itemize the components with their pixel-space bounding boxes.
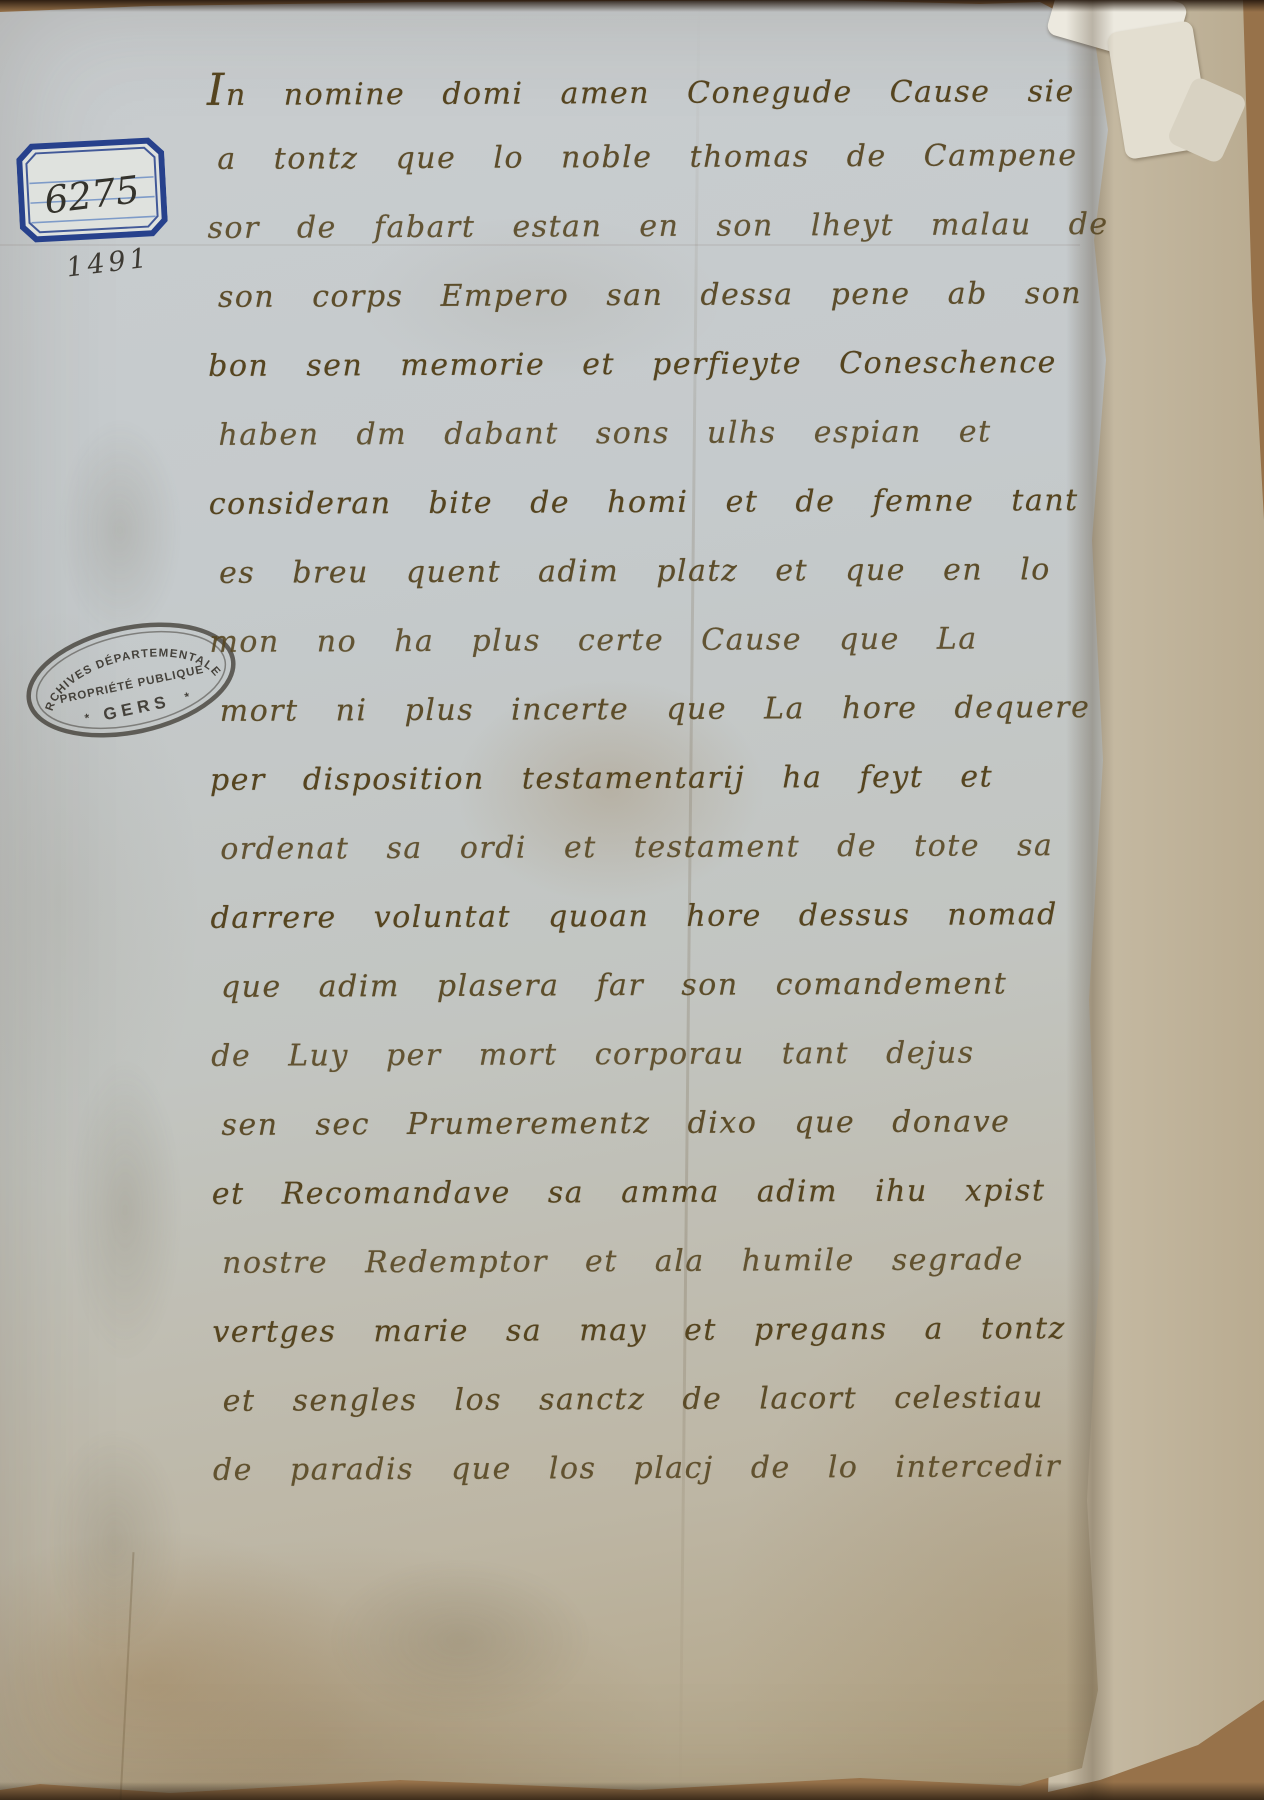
stamp-bottom-text: GERS [102, 691, 173, 724]
manuscript-line: sor de fabart estan en son lheyt malau d… [207, 190, 1077, 263]
manuscript-line: son corps Empero san dessa pene ab son [208, 259, 1078, 332]
manuscript-line: et sengles los sanctz de lacort celestia… [213, 1363, 1083, 1436]
manuscript-line: a tontz que lo noble thomas de Campene [207, 121, 1077, 194]
manuscript-line: mort ni plus incerte que La hore dequere [210, 673, 1080, 746]
manuscript-line: vertges marie sa may et pregans a tontz [212, 1294, 1082, 1367]
archival-label: 6275 [15, 136, 168, 244]
manuscript-line: haben dm dabant sons ulhs espian et [208, 397, 1078, 470]
manuscript-text: In nomine domi amen Conegude Cause sie a… [207, 52, 1083, 1505]
manuscript-line: consideran bite de homi et de femne tant [209, 466, 1079, 539]
show-through-mark [60, 420, 180, 640]
manuscript-line: per disposition testamentarij ha feyt et [210, 742, 1080, 815]
manuscript-line: et Recomandave sa amma adim ihu xpist [212, 1156, 1082, 1229]
show-through-mark [330, 1560, 590, 1720]
show-through-mark [50, 1430, 180, 1650]
top-edge-shadow [0, 0, 1264, 12]
manuscript-line: de Luy per mort corporau tant dejus [211, 1018, 1081, 1091]
manuscript-line: es breu quent adim platz et que en lo [209, 535, 1079, 608]
manuscript-line: darrere voluntat quoan hore dessus nomad [210, 880, 1080, 953]
manuscript-line: In nomine domi amen Conegude Cause sie [207, 52, 1077, 125]
manuscript-line: bon sen memorie et perfieyte Coneschence [208, 328, 1078, 401]
manuscript-photo: 6275 1491 ARCHIVES DÉPARTEMENTALES PROPR… [0, 0, 1264, 1800]
manuscript-line: que adim plasera far son comandement [211, 949, 1081, 1022]
show-through-mark [70, 1060, 180, 1360]
bottom-edge-shadow [0, 1782, 1264, 1800]
manuscript-line: ordenat sa ordi et testament de tote sa [210, 811, 1080, 884]
manuscript-line: mon no ha plus certe Cause que La [209, 604, 1079, 677]
stamp-decoration-left: * [84, 711, 92, 726]
stamp-decoration-right: * [183, 689, 191, 704]
manuscript-line: sen sec Prumerementz dixo que donave [211, 1087, 1081, 1160]
manuscript-line: de paradis que los placj de lo intercedi… [213, 1432, 1083, 1505]
manuscript-line: nostre Redemptor et ala humile segrade [212, 1225, 1082, 1298]
